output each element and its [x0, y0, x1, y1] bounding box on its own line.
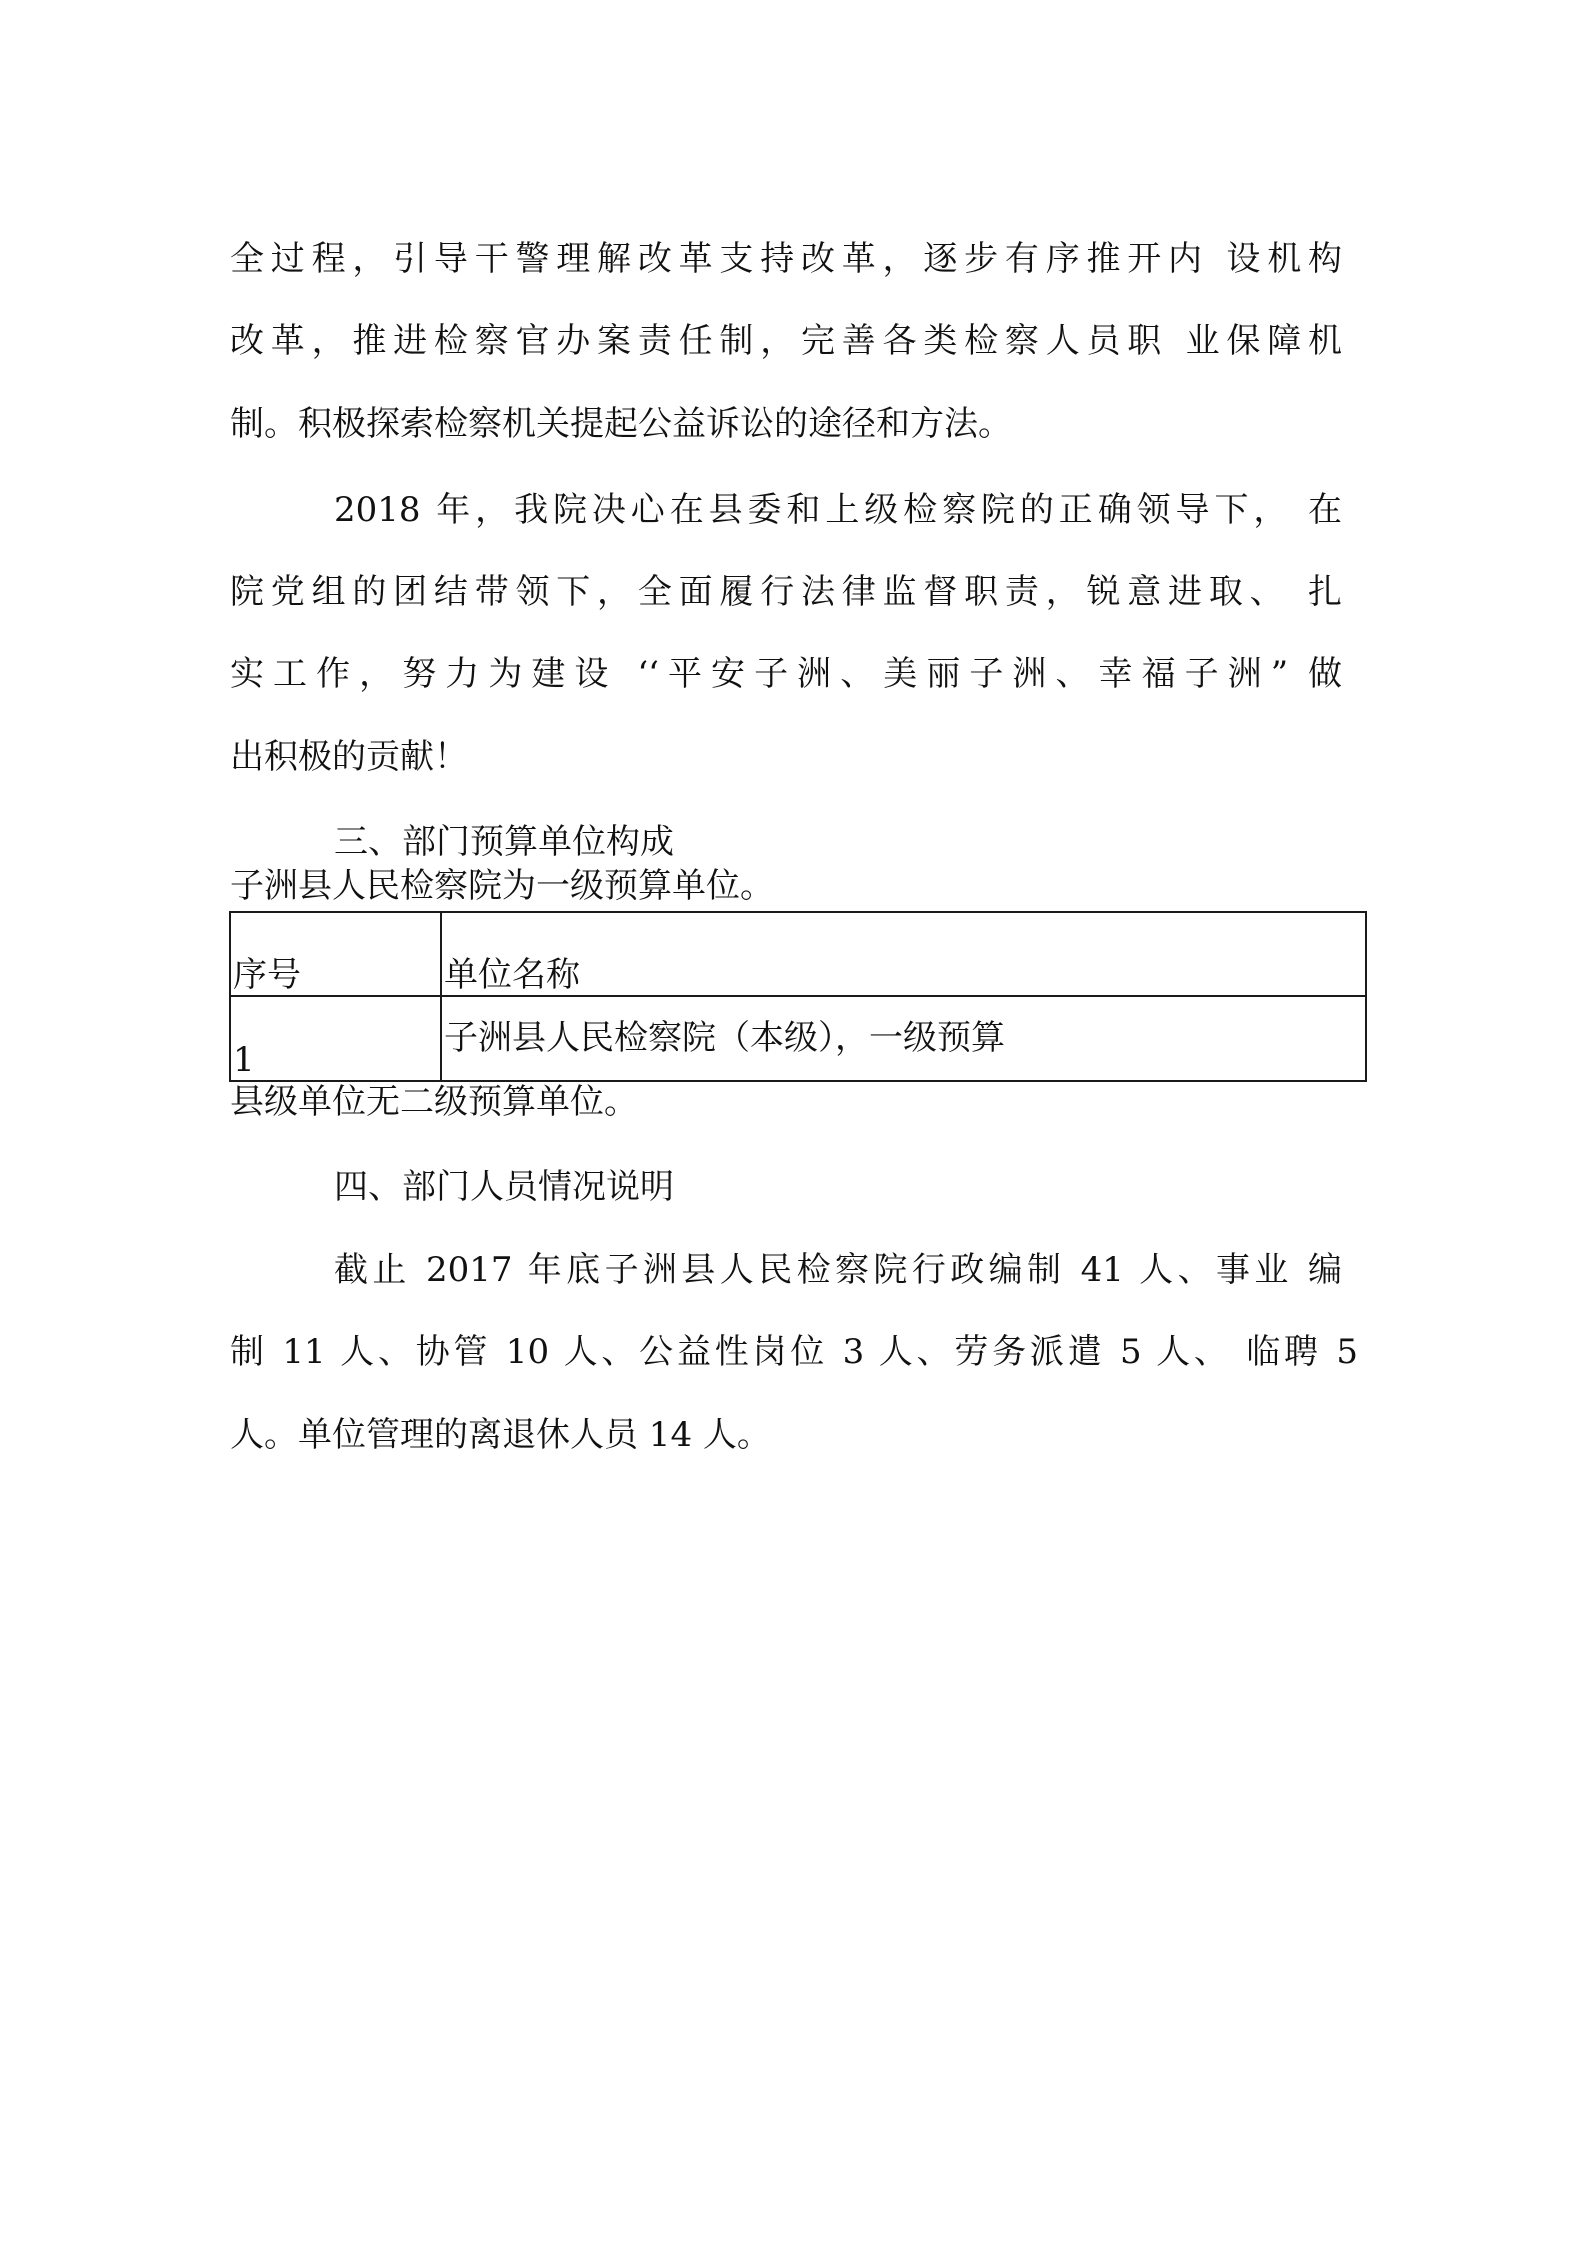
- section-3-heading: 三、部门预算单位构成: [334, 822, 674, 862]
- serial-number-text: 1: [233, 1040, 440, 1080]
- header-serial-number: 序号: [230, 912, 441, 996]
- section-4-line-1: 截止 2017 年底子洲县人民检察院行政编制 41 人、事业 编: [334, 1250, 1342, 1290]
- paragraph-2-line-2: 院党组的团结带领下，全面履行法律监督职责，锐意进取、 扎: [230, 572, 1342, 612]
- paragraph-2-line-3: 实工作，努力为建设 ‘‘平安子洲、美丽子洲、幸福子洲” 做: [230, 654, 1342, 694]
- paragraph-1-line-2: 改革，推进检察官办案责任制，完善各类检察人员职 业保障机: [230, 321, 1342, 361]
- document-page: 全过程，引导干警理解改革支持改革，逐步有序推开内 设机构 改革，推进检察官办案责…: [0, 0, 1586, 2245]
- section-3-note: 县级单位无二级预算单位。: [230, 1082, 638, 1122]
- section-4-heading: 四、部门人员情况说明: [334, 1167, 674, 1207]
- section-3-intro: 子洲县人民检察院为一级预算单位。: [230, 866, 774, 906]
- section-4-line-2: 制 11 人、协管 10 人、公益性岗位 3 人、劳务派遣 5 人、 临聘 5: [230, 1332, 1358, 1372]
- paragraph-1-line-1: 全过程，引导干警理解改革支持改革，逐步有序推开内 设机构: [230, 239, 1342, 279]
- table-header-row: 序号 单位名称: [230, 912, 1366, 996]
- paragraph-2-line-1: 2018 年，我院决心在县委和上级检察院的正确领导下， 在: [334, 490, 1342, 530]
- paragraph-1-line-3: 制。积极探索检察机关提起公益诉讼的途径和方法。: [230, 404, 1012, 444]
- section-4-line-3: 人。单位管理的离退休人员 14 人。: [230, 1415, 771, 1455]
- header-unit-name: 单位名称: [441, 912, 1366, 996]
- paragraph-2-line-4: 出积极的贡献！: [230, 737, 468, 777]
- cell-serial-number: 1: [230, 996, 441, 1081]
- unit-name-text: 子洲县人民检察院（本级），一级预算: [444, 1018, 1365, 1080]
- budget-unit-table: 序号 单位名称 1 子洲县人民检察院（本级），一级预算: [229, 911, 1367, 1082]
- cell-unit-name: 子洲县人民检察院（本级），一级预算: [441, 996, 1366, 1081]
- table-row: 1 子洲县人民检察院（本级），一级预算: [230, 996, 1366, 1081]
